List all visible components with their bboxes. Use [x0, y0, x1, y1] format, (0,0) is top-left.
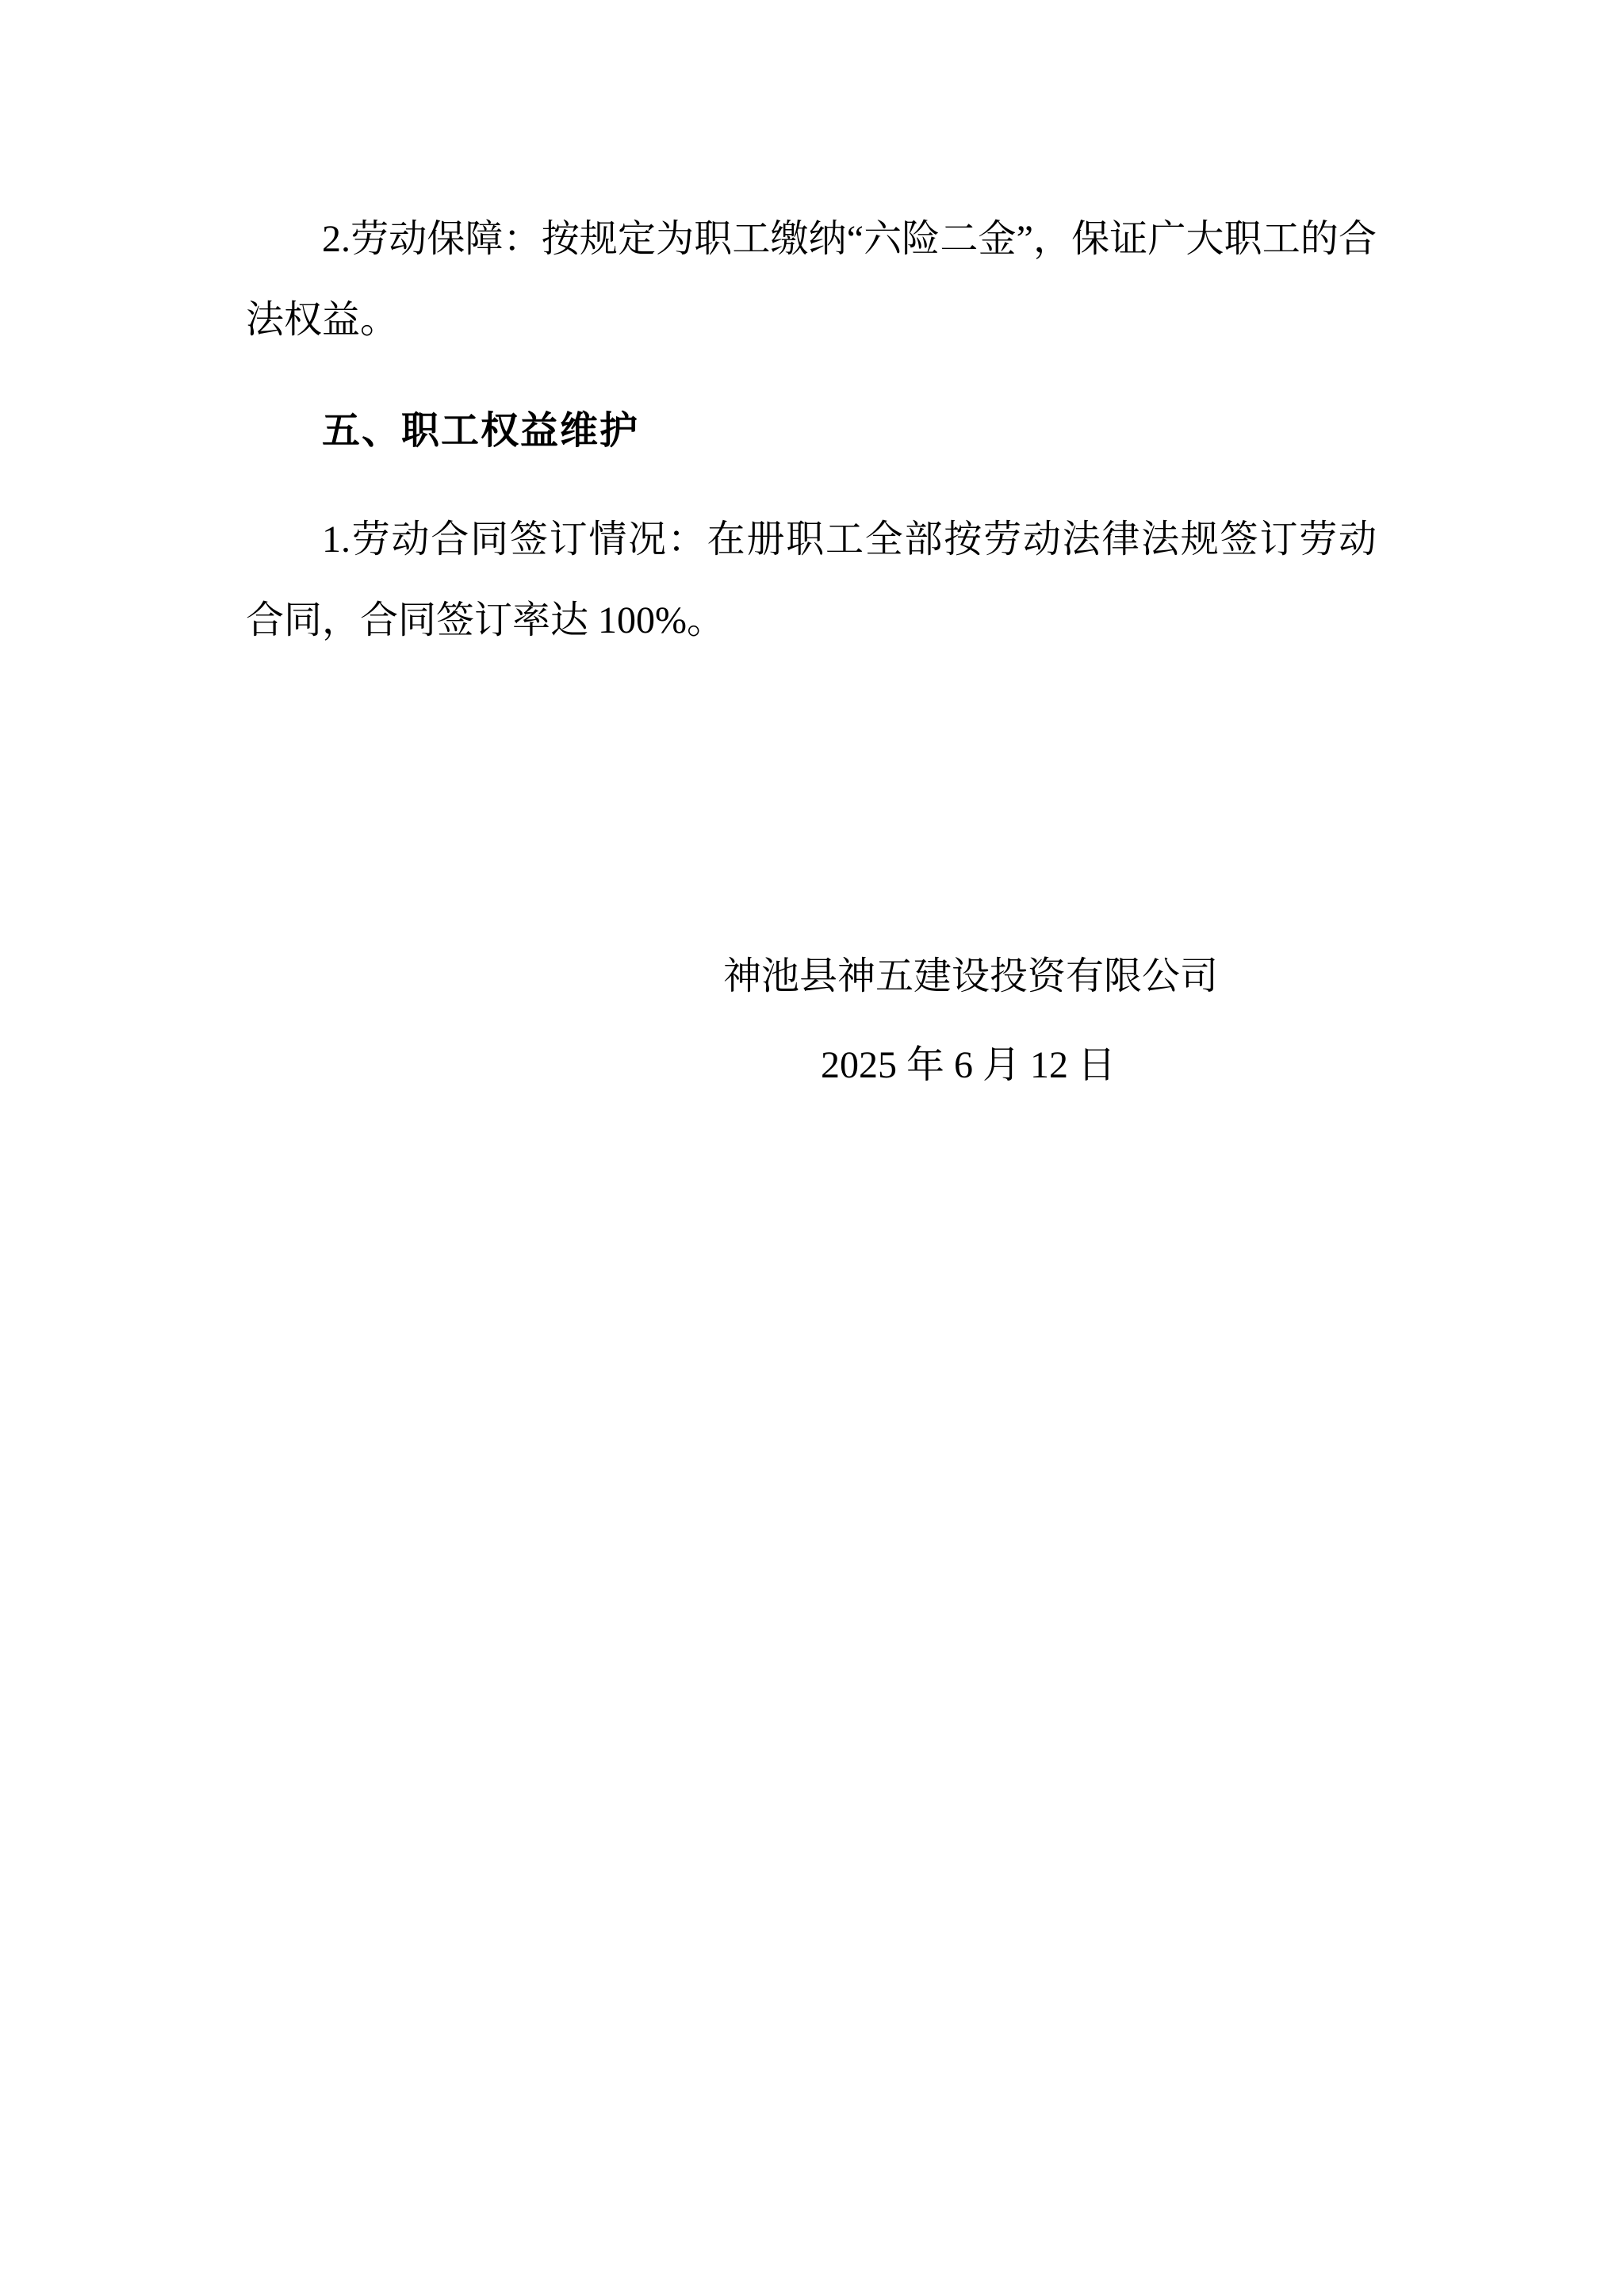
signature-company-name: 神池县神五建设投资有限公司	[723, 936, 1218, 1017]
section-heading-worker-rights: 五、职工权益维护	[246, 391, 1377, 472]
signature-date: 2025 年 6 月 12 日	[821, 1025, 1116, 1106]
paragraph-labor-contract: 1.劳动合同签订情况：在册职工全部按劳动法律法规签订劳动合同，合同签订率达 10…	[246, 499, 1377, 661]
paragraph-labor-security: 2.劳动保障：按规定为职工缴纳“六险二金”，保证广大职工的合法权益。	[246, 199, 1377, 361]
document-page: 2.劳动保障：按规定为职工缴纳“六险二金”，保证广大职工的合法权益。 五、职工权…	[0, 0, 1624, 2296]
